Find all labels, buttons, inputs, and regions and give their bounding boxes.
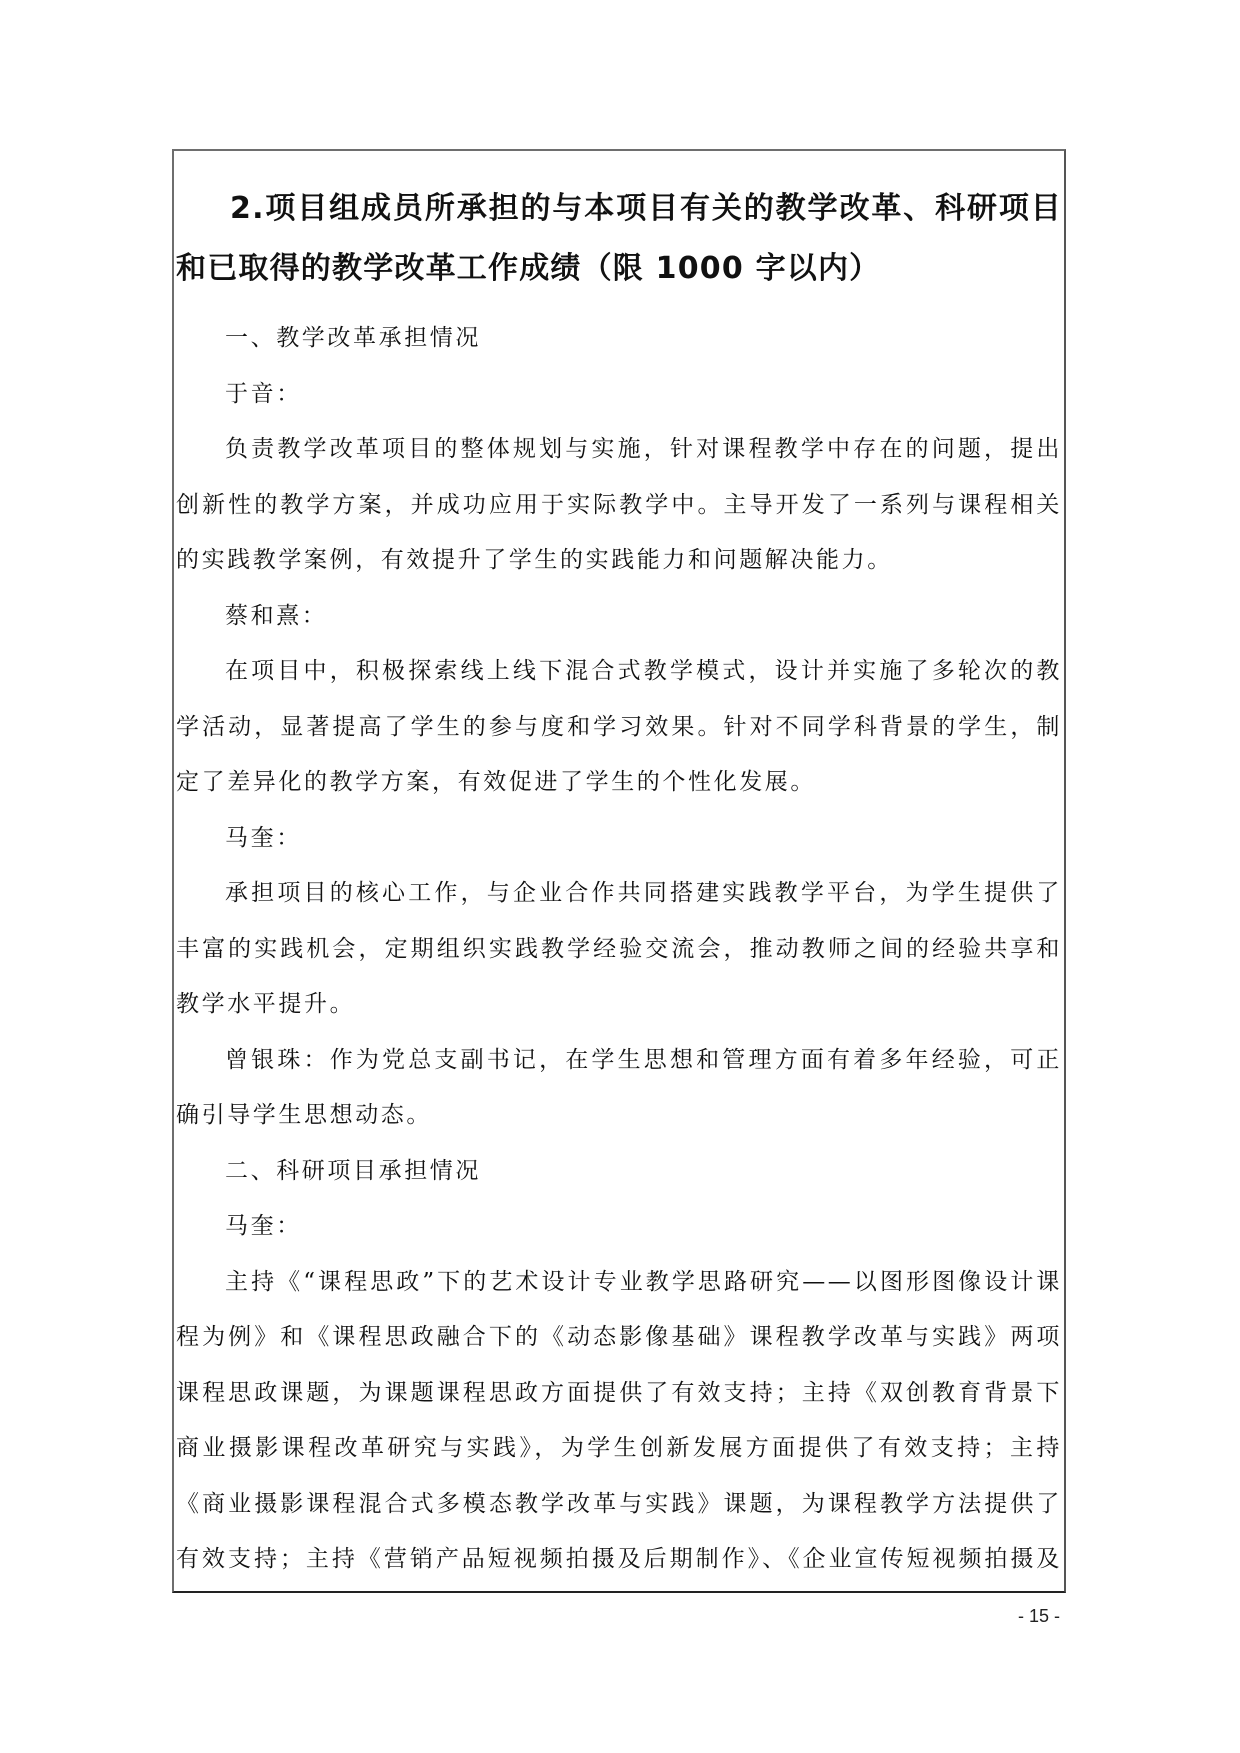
member-description-yu-yin: 负责教学改革项目的整体规划与实施，针对课程教学中存在的问题，提出创新性的教学方案… xyxy=(174,422,1064,589)
member-name-ma-kui-research: 马奎： xyxy=(174,1199,1064,1255)
subsection-title-research: 二、科研项目承担情况 xyxy=(174,1144,1064,1200)
section-heading: 2.项目组成员所承担的与本项目有关的教学改革、科研项目和已取得的教学改革工作成绩… xyxy=(174,179,1064,299)
member-description-zeng-yinzhu: 曾银珠：作为党总支副书记，在学生思想和管理方面有着多年经验，可正确引导学生思想动… xyxy=(174,1033,1064,1144)
member-description-ma-kui: 承担项目的核心工作，与企业合作共同搭建实践教学平台，为学生提供了丰富的实践机会，… xyxy=(174,866,1064,1033)
member-name-cai-hexi: 蔡和熹： xyxy=(174,589,1064,645)
member-research-ma-kui: 主持《“课程思政”下的艺术设计专业教学思路研究——以图形图像设计课程为例》和《课… xyxy=(174,1255,1064,1594)
member-description-cai-hexi: 在项目中，积极探索线上线下混合式教学模式，设计并实施了多轮次的教学活动，显著提高… xyxy=(174,644,1064,811)
subsection-title-teaching-reform: 一、教学改革承担情况 xyxy=(174,311,1064,367)
member-name-yu-yin: 于音： xyxy=(174,367,1064,423)
page-number: - 15 - xyxy=(1018,1606,1060,1627)
member-name-ma-kui: 马奎： xyxy=(174,811,1064,867)
content-table-cell: 2.项目组成员所承担的与本项目有关的教学改革、科研项目和已取得的教学改革工作成绩… xyxy=(172,149,1066,1593)
